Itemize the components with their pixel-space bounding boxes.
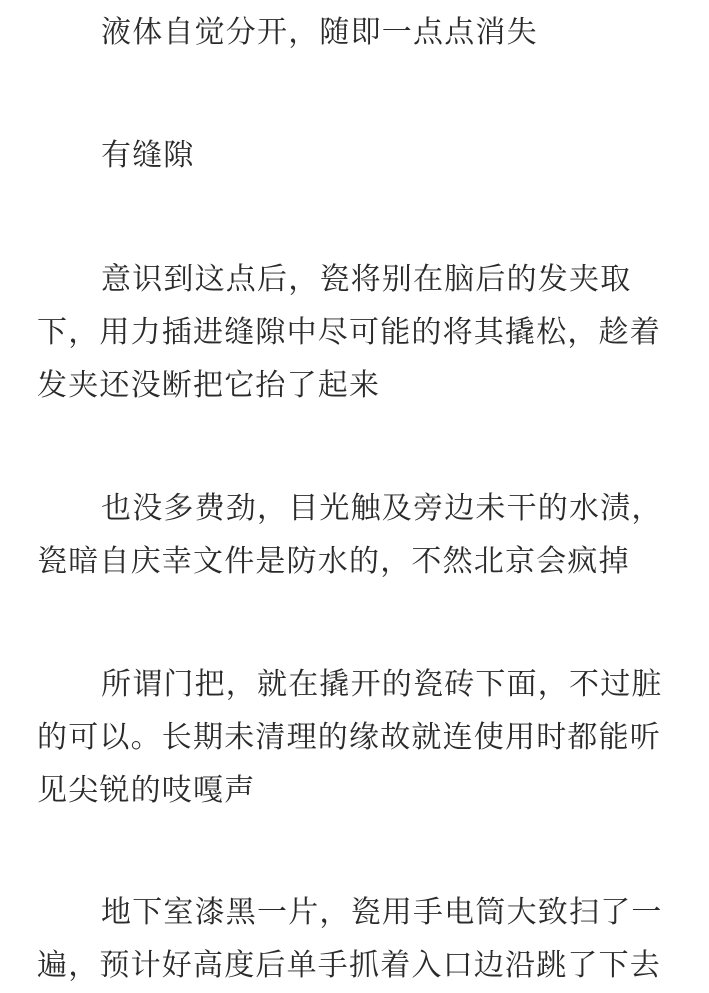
paragraph: 地下室漆黑一片，瓷用手电筒大致扫了一遍，预计好高度后单手抓着入口边沿跳了下去 <box>37 886 687 992</box>
paragraph: 有缝隙 <box>37 129 687 182</box>
paragraph: 液体自觉分开，随即一点点消失 <box>37 6 687 59</box>
paragraph: 也没多费劲，目光触及旁边未干的水渍，瓷暗自庆幸文件是防水的，不然北京会疯掉 <box>37 482 687 588</box>
paragraph: 意识到这点后，瓷将别在脑后的发夹取下，用力插进缝隙中尽可能的将其撬松，趁着发夹还… <box>37 253 687 412</box>
paragraph: 所谓门把，就在撬开的瓷砖下面，不过脏的可以。长期未清理的缘故就连使用时都能听见尖… <box>37 658 687 817</box>
